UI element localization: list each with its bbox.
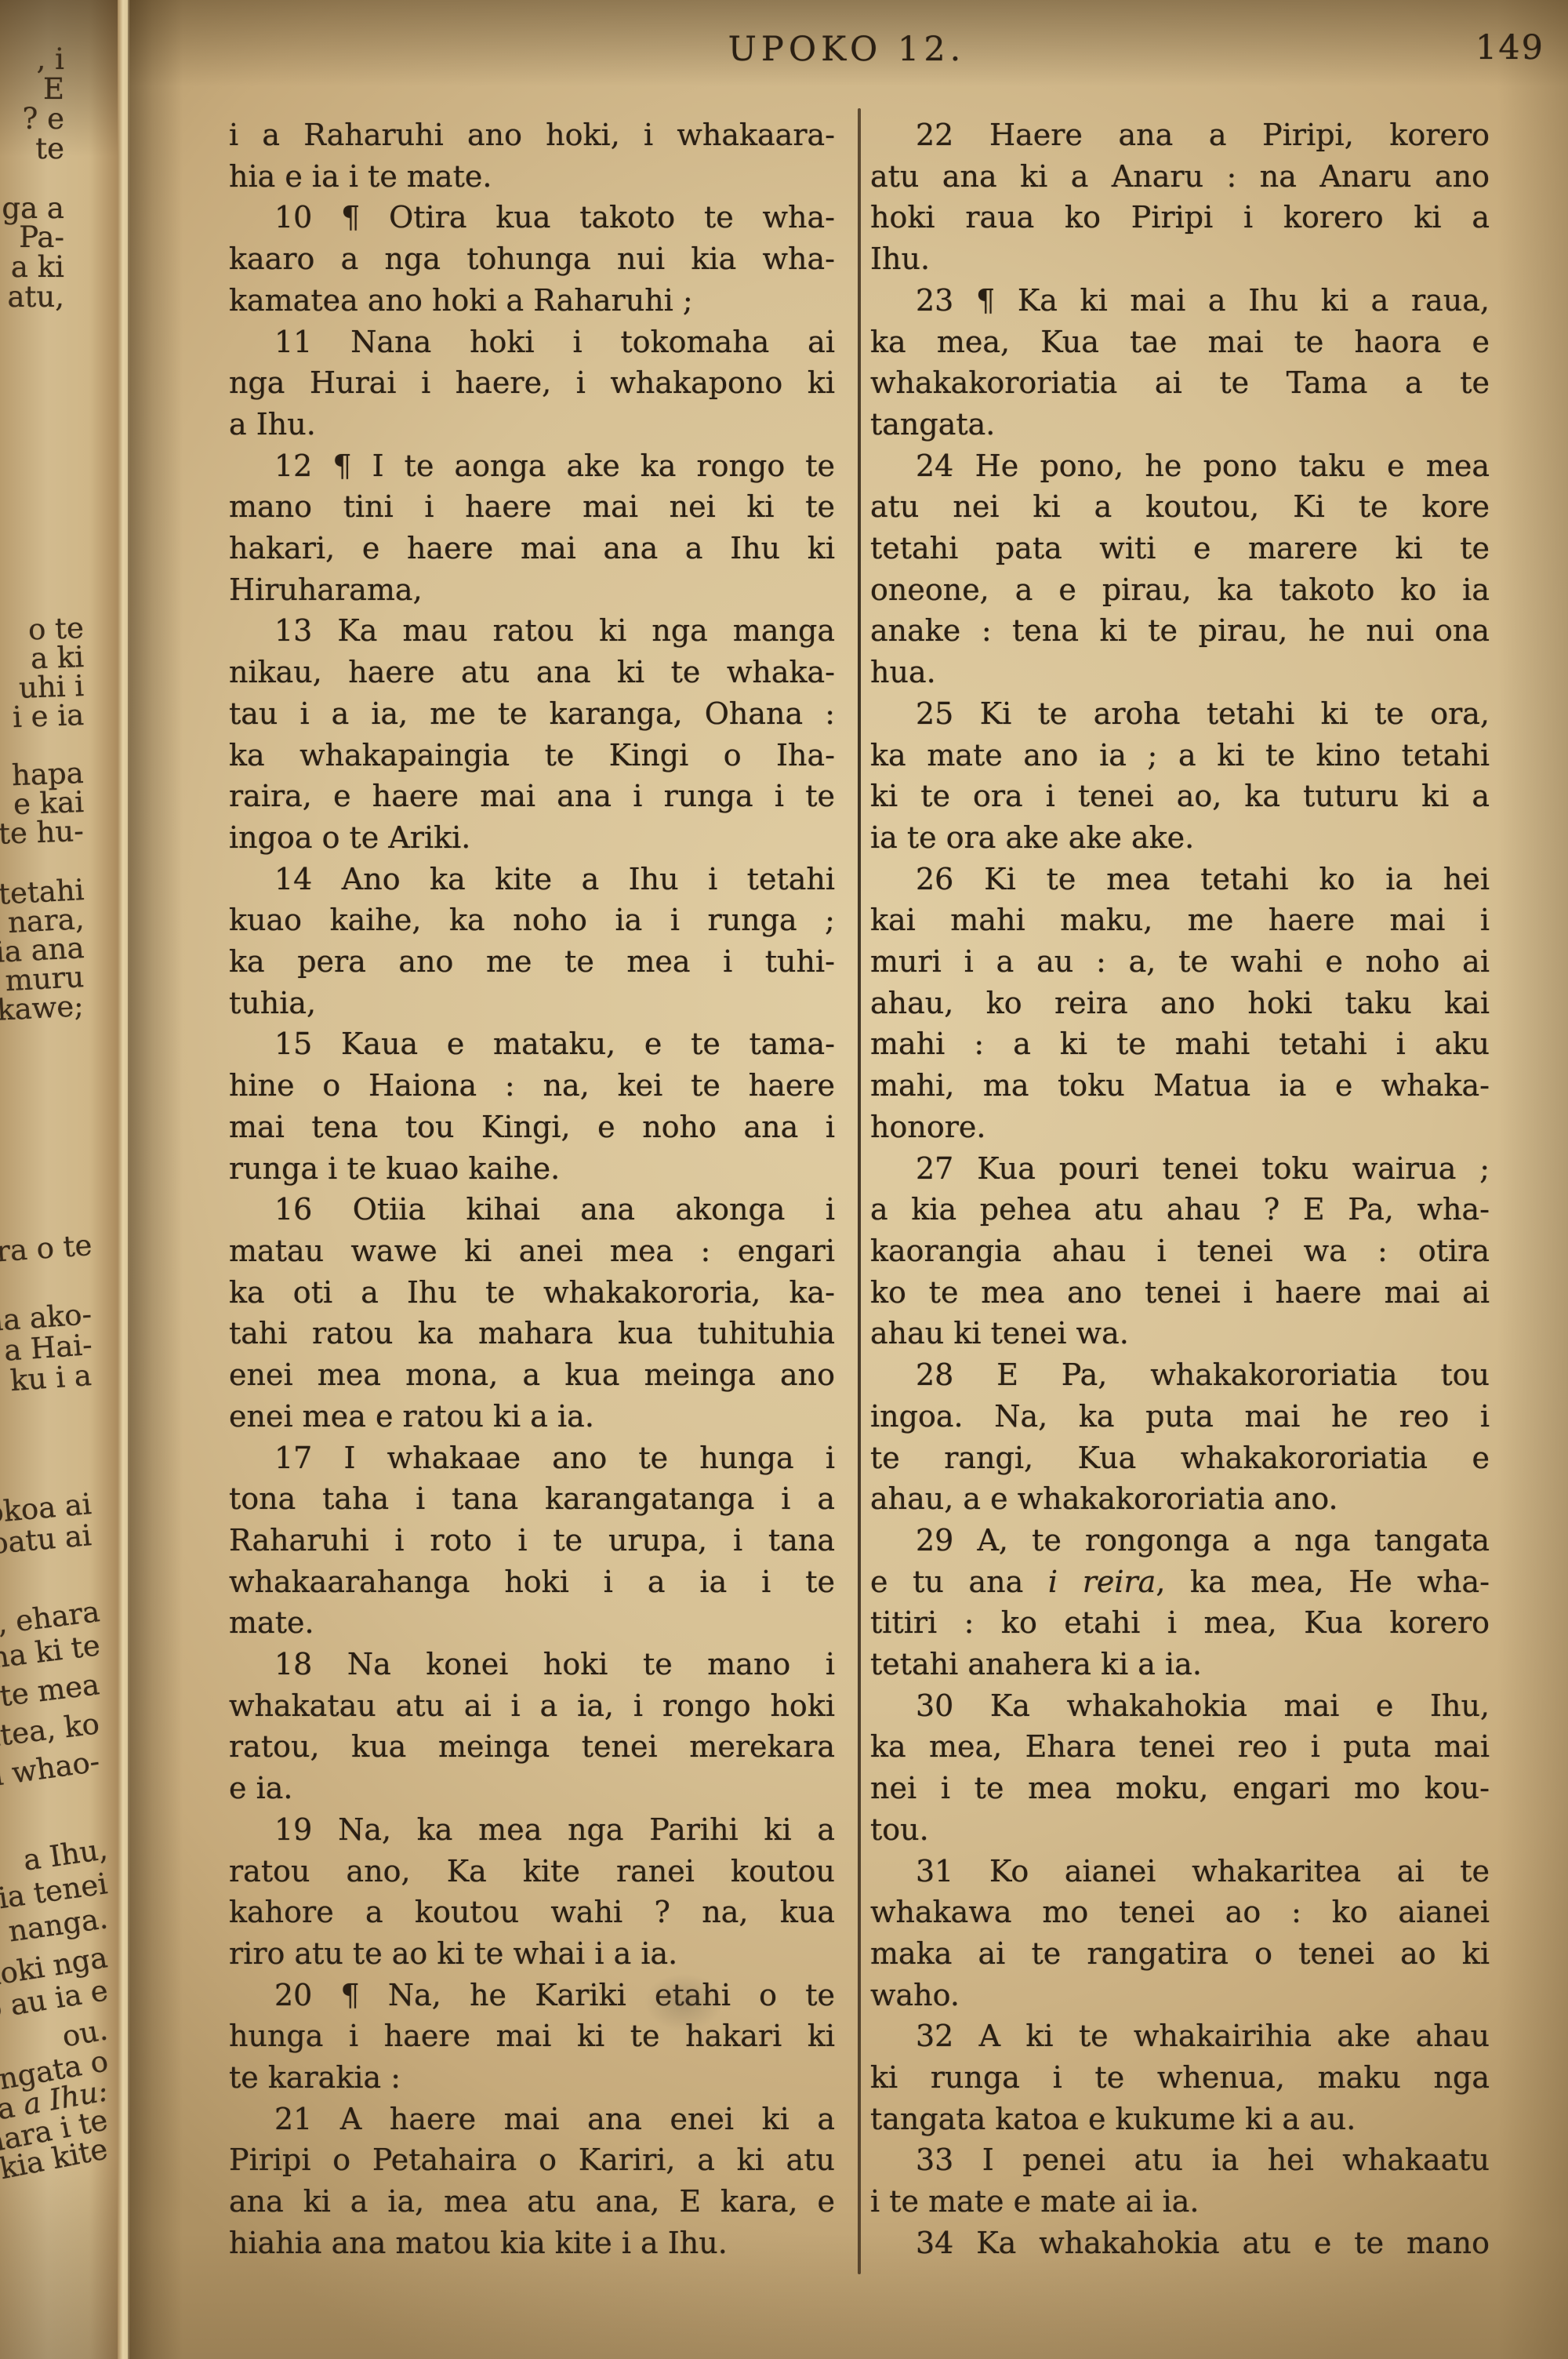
text-line: ko te mea ano tenei i haere mai ai (870, 1272, 1490, 1314)
text-line: hiahia ana matou kia kite i a Ihu. (229, 2223, 835, 2264)
text-line: atu nei ki a koutou, Ki te kore (870, 486, 1490, 528)
text-line: raira, e haere mai ana i runga i te (229, 776, 835, 817)
page-number: 149 (1403, 28, 1544, 67)
text-line: te rangi, Kua whakakororiatia e (870, 1438, 1490, 1479)
text-line: 31 Ko aianei whakaritea ai te (870, 1851, 1490, 1892)
text-line: 19 Na, ka mea nga Parihi ki a (229, 1809, 835, 1851)
text-line: tona taha i tana karangatanga i a (229, 1478, 835, 1520)
text-line: whakawa mo tenei ao : ko aianei (870, 1892, 1490, 1933)
text-line: matau wawe ki anei mea : engari (229, 1230, 835, 1272)
text-line: ratou, kua meinga tenei merekara (229, 1726, 835, 1768)
text-line: ka pera ano me te mea i tuhi- (229, 941, 835, 983)
text-line: enei mea mona, a kua meinga ano (229, 1354, 835, 1396)
text-line: 14 Ano ka kite a Ihu i tetahi (229, 859, 835, 900)
text-line: i a Raharuhi ano hoki, i whakaara- (229, 114, 835, 156)
text-line: 22 Haere ana a Piripi, korero (870, 114, 1490, 156)
text-line: ana ki a ia, mea atu ana, E kara, e (229, 2181, 835, 2223)
text-line: runga i te kuao kaihe. (229, 1148, 835, 1190)
page-edge-highlight (118, 0, 129, 2359)
text-line: Raharuhi i roto i te urupa, i tana (229, 1520, 835, 1561)
gutter-text-fragment: ra o te (0, 1228, 93, 1269)
text-line: ingoa. Na, ka puta mai he reo i (870, 1396, 1490, 1438)
text-line: a kia pehea atu ahau ? E Pa, wha- (870, 1189, 1490, 1230)
text-line: ki runga i te whenua, maku nga (870, 2057, 1490, 2099)
text-line: mahi, ma toku Matua ia e whaka- (870, 1065, 1490, 1107)
text-line: mahi : a ki te mahi tetahi i aku (870, 1023, 1490, 1065)
text-line: 13 Ka mau ratou ki nga manga (229, 610, 835, 652)
facing-page-edge: , iE? etega aPa-a kiatu,o tea kiuhi ii e… (0, 0, 119, 2359)
text-line: muri i a au : a, te wahi e noho ai (870, 941, 1490, 983)
gutter-text-fragment: akawe; (0, 989, 85, 1029)
text-line: ka mate ano ia ; a ki te kino tetahi (870, 735, 1490, 776)
text-line: 28 E Pa, whakakororiatia tou (870, 1354, 1490, 1396)
text-line: 16 Otiia kihai ana akonga i (229, 1189, 835, 1230)
text-line: 33 I penei atu ia hei whakaatu (870, 2139, 1490, 2181)
text-line: ki te ora i tenei ao, ka tuturu ki a (870, 776, 1490, 817)
text-line: hua. (870, 652, 1490, 693)
text-line: 17 I whakaae ano te hunga i (229, 1438, 835, 1479)
text-line: kaaro a nga tohunga nui kia wha- (229, 238, 835, 280)
text-line: mano tini i haere mai nei ki te (229, 486, 835, 528)
text-line: Piripi o Petahaira o Kariri, a ki atu (229, 2139, 835, 2181)
text-line: 32 A ki te whakairihia ake ahau (870, 2016, 1490, 2057)
text-line: tahi ratou ka mahara kua tuhituhia (229, 1313, 835, 1354)
text-line: mate. (229, 1602, 835, 1644)
text-line: 21 A haere mai ana enei ki a (229, 2099, 835, 2140)
text-line: ka oti a Ihu te whakakororia, ka- (229, 1272, 835, 1314)
page: UPOKO 12. 149 i a Raharuhi ano hoki, i w… (118, 0, 1568, 2359)
text-line: kuao kaihe, ka noho ia i runga ; (229, 900, 835, 941)
chapter-heading: UPOKO 12. (549, 30, 1145, 69)
column-divider-rule (858, 108, 861, 2274)
gutter-text-fragment: ku i a (9, 1358, 93, 1398)
text-line: nei i te mea moku, engari mo kou- (870, 1768, 1490, 1809)
text-line: ahau, ko reira ano hoki taku kai (870, 983, 1490, 1024)
text-line: ahau ki tenei wa. (870, 1313, 1490, 1354)
text-line: 10 ¶ Otira kua takoto te wha- (229, 197, 835, 238)
gutter-text-fragment: i e ia (12, 698, 85, 735)
text-line: a Ihu. (229, 404, 835, 445)
text-line: ka mea, Kua tae mai te haora e (870, 322, 1490, 363)
text-line: 23 ¶ Ka ki mai a Ihu ki a raua, (870, 280, 1490, 322)
text-line: ingoa o te Ariki. (229, 817, 835, 859)
text-line: e tu ana i reira, ka mea, He wha- (870, 1561, 1490, 1603)
text-line: nikau, haere atu ana ki te whaka- (229, 652, 835, 693)
text-line: waho. (870, 1975, 1490, 2016)
text-line: 24 He pono, he pono taku e mea (870, 445, 1490, 487)
text-line: 27 Kua pouri tenei toku wairua ; (870, 1148, 1490, 1190)
text-line: atu ana ki a Anaru : na Anaru ano (870, 156, 1490, 198)
text-line: 12 ¶ I te aonga ake ka rongo te (229, 445, 835, 487)
text-line: whakaarahanga hoki i a ia i te (229, 1561, 835, 1603)
gutter-text-fragment: atu, (7, 280, 64, 314)
text-line: tangata katoa e kukume ki a au. (870, 2099, 1490, 2140)
gutter-text-fragment: te (35, 132, 64, 166)
text-line: tau i a ia, me te karanga, Ohana : (229, 693, 835, 735)
gutter-text-fragment: hoatu ai (0, 1518, 93, 1563)
gutter-text-fragment: a i whao- (0, 1744, 102, 1797)
text-line: ia te ora ake ake ake. (870, 817, 1490, 859)
text-line: te karakia : (229, 2057, 835, 2099)
text-line: hine o Haiona : na, kei te haere (229, 1065, 835, 1107)
text-line: 15 Kaua e mataku, e te tama- (229, 1023, 835, 1065)
text-line: whakatau atu ai i a ia, i rongo hoki (229, 1685, 835, 1727)
text-line: i te mate e mate ai ia. (870, 2181, 1490, 2223)
text-line: anake : tena ki te pirau, he nui ona (870, 610, 1490, 652)
gutter-text-fragment: te hu- (0, 814, 85, 852)
book-scan: , iE? etega aPa-a kiatu,o tea kiuhi ii e… (0, 0, 1568, 2359)
text-line: titiri : ko etahi i mea, Kua korero (870, 1602, 1490, 1644)
text-line: mai tena tou Kingi, e noho ana i (229, 1107, 835, 1148)
text-line: kaorangia ahau i tenei wa : otira (870, 1230, 1490, 1272)
text-line: 30 Ka whakahokia mai e Ihu, (870, 1685, 1490, 1727)
text-line: 34 Ka whakahokia atu e te mano (870, 2223, 1490, 2264)
text-line: maka ai te rangatira o tenei ao ki (870, 1933, 1490, 1975)
text-line: ka mea, Ehara tenei reo i puta mai (870, 1726, 1490, 1768)
text-line: ka whakapaingia te Kingi o Iha- (229, 735, 835, 776)
text-line: ratou ano, Ka kite ranei koutou (229, 1851, 835, 1892)
text-line: e ia. (229, 1768, 835, 1809)
text-line: tangata. (870, 404, 1490, 445)
text-line: riro atu te ao ki te whai i a ia. (229, 1933, 835, 1975)
text-line: 11 Nana hoki i tokomaha ai (229, 322, 835, 363)
right-text-column: 22 Haere ana a Piripi, koreroatu ana ki … (870, 114, 1490, 2264)
text-line: tetahi pata witi e marere ki te (870, 528, 1490, 569)
text-line: tuhia, (229, 983, 835, 1024)
text-line: hia e ia i te mate. (229, 156, 835, 198)
text-line: nga Hurai i haere, i whakapono ki (229, 362, 835, 404)
text-line: honore. (870, 1107, 1490, 1148)
text-line: 29 A, te rongonga a nga tangata (870, 1520, 1490, 1561)
text-line: enei mea e ratou ki a ia. (229, 1396, 835, 1438)
text-line: hunga i haere mai ki te hakari ki (229, 2016, 835, 2057)
text-line: 25 Ki te aroha tetahi ki te ora, (870, 693, 1490, 735)
text-line: kamatea ano hoki a Raharuhi ; (229, 280, 835, 322)
left-text-column: i a Raharuhi ano hoki, i whakaara-hia e … (229, 114, 835, 2264)
text-line: kai mahi maku, me haere mai i (870, 900, 1490, 941)
text-line: 18 Na konei hoki te mano i (229, 1644, 835, 1685)
text-line: Hiruharama, (229, 569, 835, 611)
text-line: Ihu. (870, 238, 1490, 280)
text-line: 26 Ki te mea tetahi ko ia hei (870, 859, 1490, 900)
text-line: tou. (870, 1809, 1490, 1851)
text-line: hoki raua ko Piripi i korero ki a (870, 197, 1490, 238)
text-line: whakakororiatia ai te Tama a te (870, 362, 1490, 404)
text-line: hakari, e haere mai ana a Ihu ki (229, 528, 835, 569)
text-line: tetahi anahera ki a ia. (870, 1644, 1490, 1685)
text-line: oneone, a e pirau, ka takoto ko ia (870, 569, 1490, 611)
text-line: ahau, a e whakakororiatia ano. (870, 1478, 1490, 1520)
text-line: kahore a koutou wahi ? na, kua (229, 1892, 835, 1933)
text-line: 20 ¶ Na, he Kariki etahi o te (229, 1975, 835, 2016)
